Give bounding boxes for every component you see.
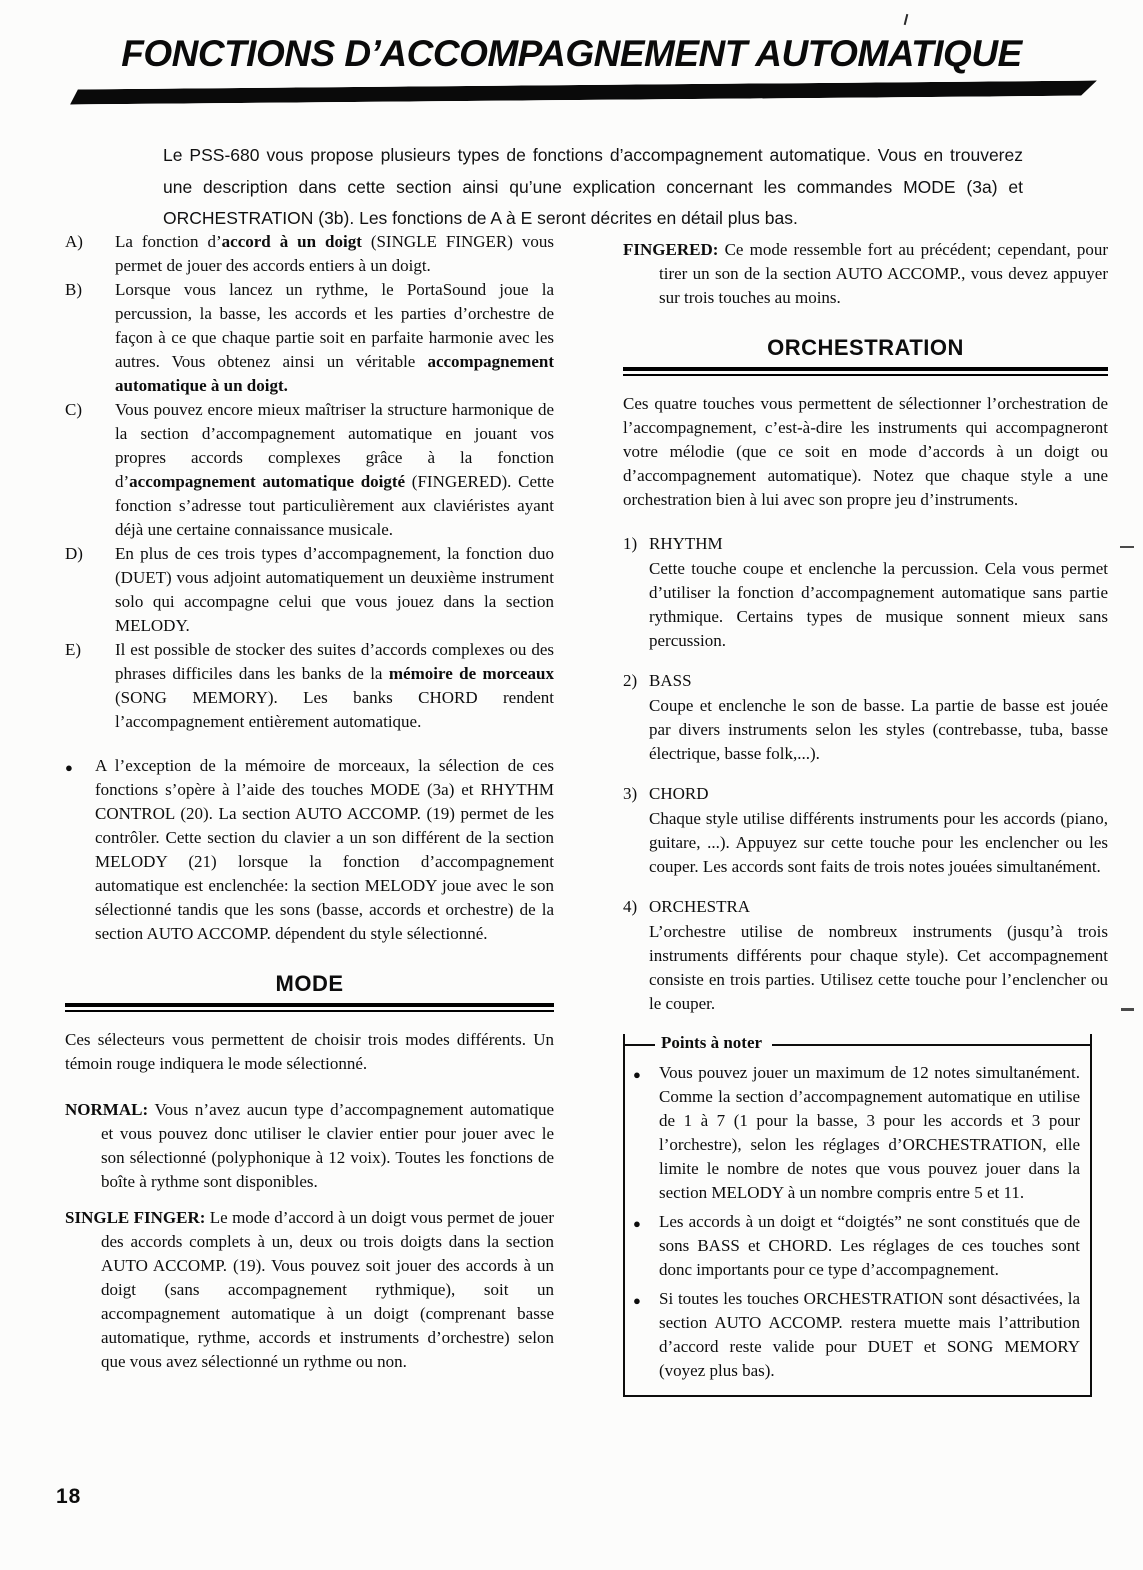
notes-box-label: Points à noter (655, 1031, 772, 1055)
item-text: La fonction d’accord à un doigt (SINGLE … (115, 230, 554, 278)
orchestration-item-rhythm: 1)RHYTHM Cette touche coupe et enclenche… (623, 532, 1108, 653)
entry-text: Le mode d’accord à un doigt vous permet … (101, 1208, 554, 1371)
item-text: Vous pouvez encore mieux maîtriser la st… (115, 398, 554, 542)
notes-bullet: ● Vous pouvez jouer un maximum de 12 not… (625, 1061, 1090, 1205)
entry-term: SINGLE FINGER: (65, 1208, 205, 1227)
notes-box-header-line-left (625, 1044, 655, 1046)
orchestration-section-rule (623, 367, 1108, 376)
item-heading: 3)CHORD (623, 782, 1108, 806)
item-label: C) (65, 398, 115, 542)
page-title: FONCTIONS D’ACCOMPAGNEMENT AUTOMATIQUE (0, 33, 1143, 75)
bullet-marker: ● (65, 754, 95, 946)
item-label: D) (65, 542, 115, 638)
item-label: E) (65, 638, 115, 734)
item-heading: 2)BASS (623, 669, 1108, 693)
item-heading: 1)RHYTHM (623, 532, 1108, 556)
item-text: Il est possible de stocker des suites d’… (115, 638, 554, 734)
item-number: 3) (623, 782, 649, 806)
entry-term: FINGERED: (623, 240, 718, 259)
orchestration-item-bass: 2)BASS Coupe et enclenche le son de bass… (623, 669, 1108, 766)
lettered-item-e: E) Il est possible de stocker des suites… (65, 638, 554, 734)
item-body: Chaque style utilise différents instrume… (649, 807, 1108, 879)
scan-artifact-tick (904, 14, 909, 25)
item-name: CHORD (649, 784, 709, 803)
mode-entry-single-finger: SINGLE FINGER: Le mode d’accord à un doi… (65, 1206, 554, 1374)
orchestration-section-heading: ORCHESTRATION (623, 336, 1108, 360)
manual-page: FONCTIONS D’ACCOMPAGNEMENT AUTOMATIQUE L… (0, 0, 1143, 1570)
mode-section-intro: Ces sélecteurs vous permettent de choisi… (65, 1028, 554, 1076)
item-label: B) (65, 278, 115, 398)
orchestration-item-orchestra: 4)ORCHESTRA L’orchestre utilise de nombr… (623, 895, 1108, 1016)
mode-entry-fingered: FINGERED: Ce mode ressemble fort au préc… (623, 238, 1108, 310)
item-body: Coupe et enclenche le son de basse. La p… (649, 694, 1108, 766)
item-text: Lorsque vous lancez un rythme, le PortaS… (115, 278, 554, 398)
notes-box-header-line-right (772, 1044, 1090, 1046)
scan-artifact-dash (1120, 546, 1134, 548)
points-a-noter-box: Points à noter ● Vous pouvez jouer un ma… (623, 1034, 1092, 1397)
item-body: L’orchestre utilise de nombreux instrume… (649, 920, 1108, 1016)
title-divider-bar (70, 81, 1097, 105)
item-number: 2) (623, 669, 649, 693)
lettered-item-a: A) La fonction d’accord à un doigt (SING… (65, 230, 554, 278)
item-name: ORCHESTRA (649, 897, 750, 916)
item-name: RHYTHM (649, 534, 723, 553)
right-column: FINGERED: Ce mode ressemble fort au préc… (623, 230, 1108, 1397)
item-text: En plus de ces trois types d’accompagnem… (115, 542, 554, 638)
notes-box-header: Points à noter (625, 1034, 1090, 1056)
bullet-marker: ● (633, 1287, 659, 1383)
orchestration-section-intro: Ces quatre touches vous permettent de sé… (623, 392, 1108, 512)
entry-text: Ce mode ressemble fort au précédent; cep… (659, 240, 1108, 307)
bullet-marker: ● (633, 1210, 659, 1282)
item-body: Cette touche coupe et enclenche la percu… (649, 557, 1108, 653)
bullet-marker: ● (633, 1061, 659, 1205)
lettered-item-b: B) Lorsque vous lancez un rythme, le Por… (65, 278, 554, 398)
entry-term: NORMAL: (65, 1100, 148, 1119)
notes-bullet: ● Si toutes les touches ORCHESTRATION so… (625, 1287, 1090, 1395)
item-number: 1) (623, 532, 649, 556)
scan-artifact-dash (1121, 1008, 1134, 1011)
notes-bullet-text: Les accords à un doigt et “doigtés” ne s… (659, 1210, 1080, 1282)
intro-paragraph: Le PSS-680 vous propose plusieurs types … (163, 140, 1023, 235)
notes-bullet-text: Si toutes les touches ORCHESTRATION sont… (659, 1287, 1080, 1383)
orchestration-item-chord: 3)CHORD Chaque style utilise différents … (623, 782, 1108, 879)
page-number: 18 (56, 1485, 81, 1509)
item-number: 4) (623, 895, 649, 919)
entry-text: Vous n’avez aucun type d’accompagnement … (101, 1100, 554, 1191)
lettered-item-c: C) Vous pouvez encore mieux maîtriser la… (65, 398, 554, 542)
notes-bullet: ● Les accords à un doigt et “doigtés” ne… (625, 1210, 1090, 1282)
note-text: A l’exception de la mémoire de morceaux,… (95, 754, 554, 946)
left-column: A) La fonction d’accord à un doigt (SING… (65, 230, 554, 1374)
mode-entry-normal: NORMAL: Vous n’avez aucun type d’accompa… (65, 1098, 554, 1194)
item-heading: 4)ORCHESTRA (623, 895, 1108, 919)
mode-section-rule (65, 1003, 554, 1012)
notes-bullet-text: Vous pouvez jouer un maximum de 12 notes… (659, 1061, 1080, 1205)
item-label: A) (65, 230, 115, 278)
selection-note: ● A l’exception de la mémoire de morceau… (65, 754, 554, 946)
item-name: BASS (649, 671, 692, 690)
mode-section-heading: MODE (65, 972, 554, 996)
lettered-item-d: D) En plus de ces trois types d’accompag… (65, 542, 554, 638)
